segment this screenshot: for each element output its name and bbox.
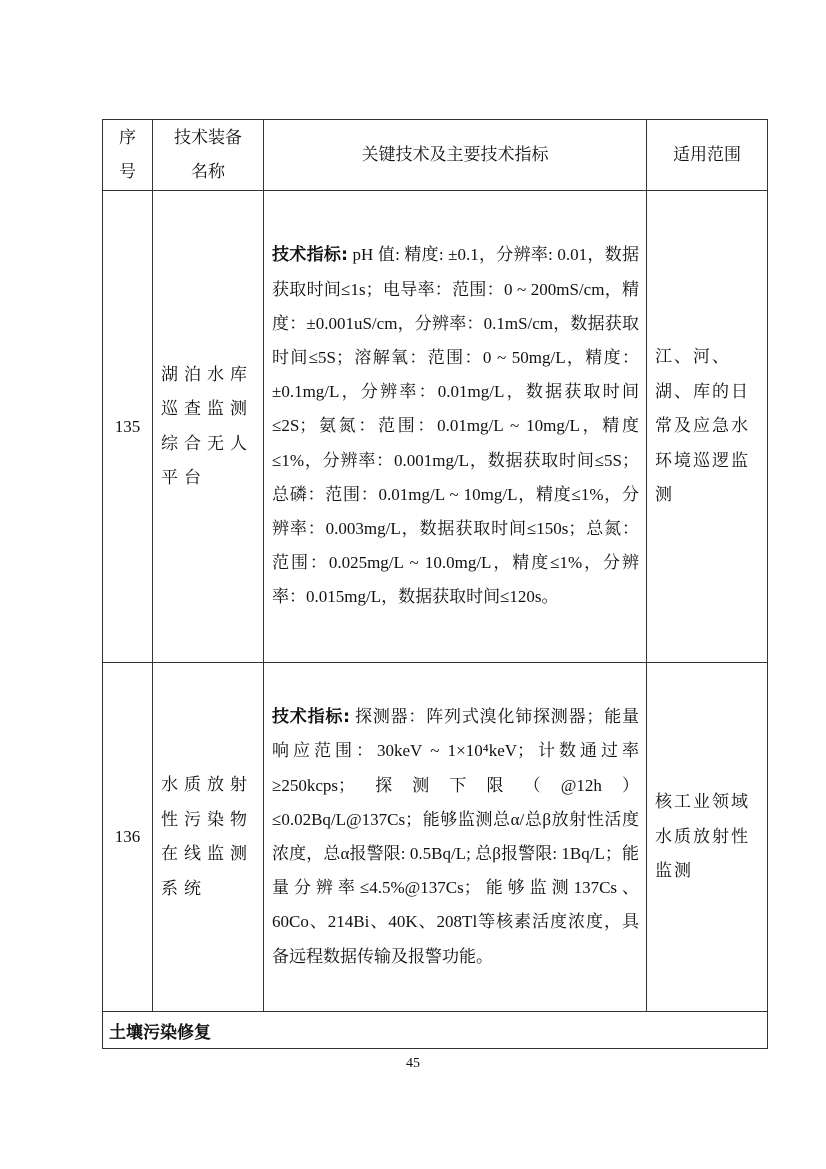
header-name: 技术装备 名称 bbox=[153, 120, 264, 191]
row-scope: 核工业领域水质放射性监测 bbox=[647, 663, 768, 1012]
header-scope: 适用范围 bbox=[647, 120, 768, 191]
spec-label: 技术指标: bbox=[272, 707, 350, 727]
row-equipment-name: 水质放射性污染物在线监测系统 bbox=[153, 663, 264, 1012]
header-specs: 关键技术及主要技术指标 bbox=[264, 120, 647, 191]
spec-text: pH 值: 精度: ±0.1，分辨率: 0.01，数据获取时间≤1s；电导率：范… bbox=[272, 245, 639, 606]
row-equipment-name: 湖泊水库巡查监测综合无人平台 bbox=[153, 191, 264, 663]
spec-text: 探测器：阵列式溴化铈探测器；能量响应范围：30keV ~ 1×10⁴keV；计数… bbox=[272, 707, 639, 965]
row-seq: 136 bbox=[103, 663, 153, 1012]
header-seq: 序 号 bbox=[103, 120, 153, 191]
section-title: 土壤污染修复 bbox=[103, 1012, 768, 1049]
spec-label: 技术指标: bbox=[272, 245, 348, 265]
section-row: 土壤污染修复 bbox=[103, 1012, 768, 1049]
table-row: 136 水质放射性污染物在线监测系统 技术指标: 探测器：阵列式溴化铈探测器；能… bbox=[103, 663, 768, 1012]
row-scope: 江、河、湖、库的日常及应急水环境巡逻监测 bbox=[647, 191, 768, 663]
row-specs: 技术指标: pH 值: 精度: ±0.1，分辨率: 0.01，数据获取时间≤1s… bbox=[264, 191, 647, 663]
equipment-table: 序 号 技术装备 名称 关键技术及主要技术指标 适用范围 135 湖泊水库巡查监… bbox=[102, 119, 768, 1049]
table-row: 135 湖泊水库巡查监测综合无人平台 技术指标: pH 值: 精度: ±0.1，… bbox=[103, 191, 768, 663]
row-seq: 135 bbox=[103, 191, 153, 663]
table-header-row: 序 号 技术装备 名称 关键技术及主要技术指标 适用范围 bbox=[103, 120, 768, 191]
row-specs: 技术指标: 探测器：阵列式溴化铈探测器；能量响应范围：30keV ~ 1×10⁴… bbox=[264, 663, 647, 1012]
page-number: 45 bbox=[0, 1056, 826, 1072]
